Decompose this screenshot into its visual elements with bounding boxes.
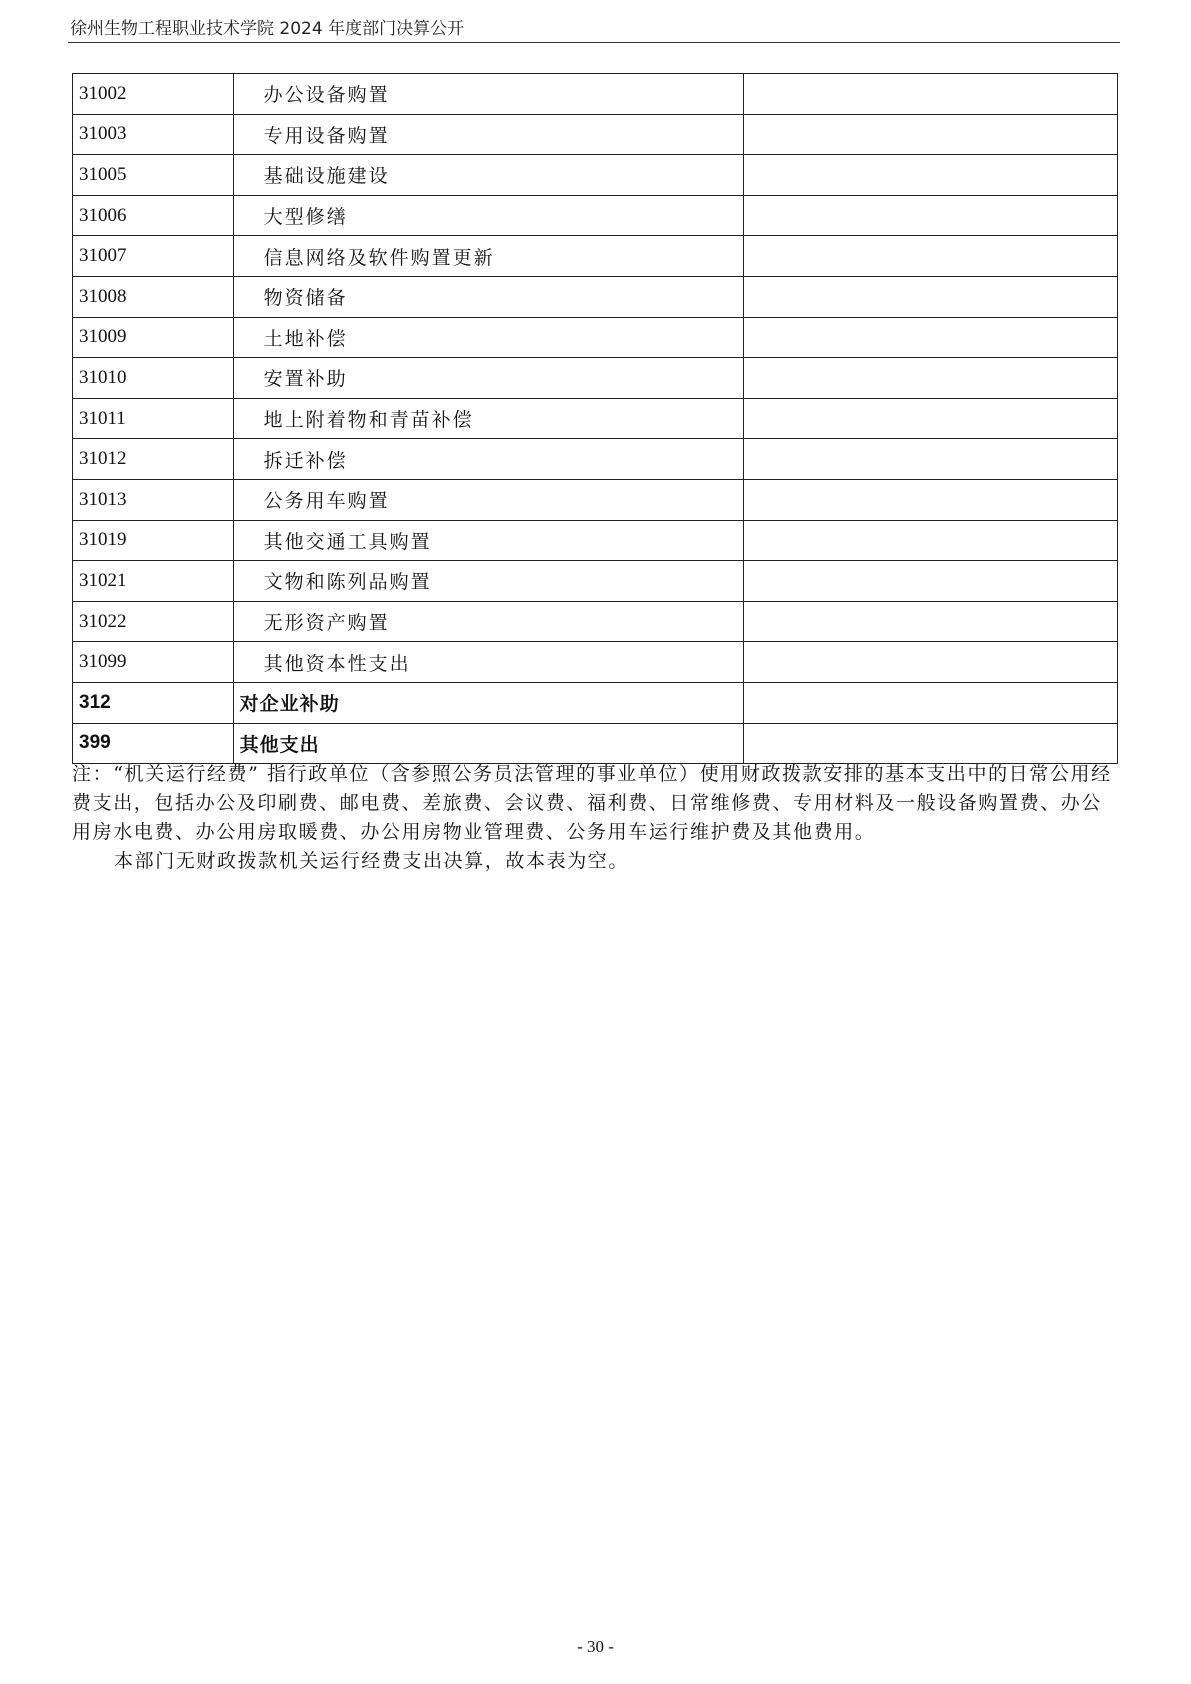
- table-row: 31013公务用车购置: [73, 479, 1118, 520]
- table-row: 31008物资储备: [73, 276, 1118, 317]
- row-name-cell: 地上附着物和青苗补偿: [233, 398, 743, 439]
- row-value-cell: [743, 155, 1117, 196]
- row-value-cell: [743, 601, 1117, 642]
- table-row: 31010安置补助: [73, 358, 1118, 399]
- row-name-cell: 安置补助: [233, 358, 743, 399]
- table-row: 31009土地补偿: [73, 317, 1118, 358]
- row-code-cell: 31005: [73, 155, 234, 196]
- table-row: 312对企业补助: [73, 682, 1118, 723]
- row-code-cell: 31019: [73, 520, 234, 561]
- table-row: 31099其他资本性支出: [73, 642, 1118, 683]
- row-value-cell: [743, 520, 1117, 561]
- row-value-cell: [743, 195, 1117, 236]
- row-code-cell: 31006: [73, 195, 234, 236]
- row-code-cell: 31003: [73, 114, 234, 155]
- table-row: 399其他支出: [73, 723, 1118, 764]
- row-name-cell: 公务用车购置: [233, 479, 743, 520]
- document-header-title: 徐州生物工程职业技术学院 2024 年度部门决算公开: [70, 14, 464, 39]
- row-code-cell: 31008: [73, 276, 234, 317]
- row-code-cell: 31013: [73, 479, 234, 520]
- row-name-cell: 对企业补助: [233, 682, 743, 723]
- row-value-cell: [743, 479, 1117, 520]
- row-code-cell: 31021: [73, 561, 234, 602]
- table-row: 31003专用设备购置: [73, 114, 1118, 155]
- row-name-cell: 信息网络及软件购置更新: [233, 236, 743, 277]
- table-row: 31021文物和陈列品购置: [73, 561, 1118, 602]
- row-name-cell: 其他交通工具购置: [233, 520, 743, 561]
- table-row: 31011地上附着物和青苗补偿: [73, 398, 1118, 439]
- row-name-cell: 土地补偿: [233, 317, 743, 358]
- page-number: - 30 -: [0, 1637, 1191, 1657]
- row-value-cell: [743, 398, 1117, 439]
- row-code-cell: 399: [73, 723, 234, 764]
- table-row: 31002办公设备购置: [73, 74, 1118, 115]
- row-name-cell: 专用设备购置: [233, 114, 743, 155]
- row-name-cell: 拆迁补偿: [233, 439, 743, 480]
- row-value-cell: [743, 317, 1117, 358]
- row-code-cell: 31009: [73, 317, 234, 358]
- row-value-cell: [743, 74, 1117, 115]
- table-row: 31012拆迁补偿: [73, 439, 1118, 480]
- row-name-cell: 物资储备: [233, 276, 743, 317]
- row-value-cell: [743, 561, 1117, 602]
- row-code-cell: 31007: [73, 236, 234, 277]
- row-name-cell: 其他支出: [233, 723, 743, 764]
- row-value-cell: [743, 682, 1117, 723]
- table-row: 31006大型修缮: [73, 195, 1118, 236]
- row-code-cell: 31011: [73, 398, 234, 439]
- row-name-cell: 无形资产购置: [233, 601, 743, 642]
- header-divider: [68, 42, 1120, 43]
- table-row: 31019其他交通工具购置: [73, 520, 1118, 561]
- row-value-cell: [743, 114, 1117, 155]
- row-code-cell: 31010: [73, 358, 234, 399]
- row-code-cell: 312: [73, 682, 234, 723]
- row-code-cell: 31022: [73, 601, 234, 642]
- row-name-cell: 文物和陈列品购置: [233, 561, 743, 602]
- row-name-cell: 其他资本性支出: [233, 642, 743, 683]
- table-row: 31022无形资产购置: [73, 601, 1118, 642]
- row-code-cell: 31002: [73, 74, 234, 115]
- row-name-cell: 基础设施建设: [233, 155, 743, 196]
- table-row: 31005基础设施建设: [73, 155, 1118, 196]
- row-value-cell: [743, 723, 1117, 764]
- row-code-cell: 31012: [73, 439, 234, 480]
- note-paragraph-definition: 注：“机关运行经费” 指行政单位（含参照公务员法管理的事业单位）使用财政拨款安排…: [72, 760, 1122, 847]
- table-row: 31007信息网络及软件购置更新: [73, 236, 1118, 277]
- row-value-cell: [743, 236, 1117, 277]
- row-value-cell: [743, 358, 1117, 399]
- row-value-cell: [743, 642, 1117, 683]
- table-note: 注：“机关运行经费” 指行政单位（含参照公务员法管理的事业单位）使用财政拨款安排…: [72, 760, 1122, 876]
- note-paragraph-empty-statement: 本部门无财政拨款机关运行经费支出决算，故本表为空。: [72, 847, 1122, 876]
- row-value-cell: [743, 439, 1117, 480]
- row-value-cell: [743, 276, 1117, 317]
- row-name-cell: 大型修缮: [233, 195, 743, 236]
- expenditure-table: 31002办公设备购置31003专用设备购置31005基础设施建设31006大型…: [72, 73, 1118, 764]
- row-name-cell: 办公设备购置: [233, 74, 743, 115]
- row-code-cell: 31099: [73, 642, 234, 683]
